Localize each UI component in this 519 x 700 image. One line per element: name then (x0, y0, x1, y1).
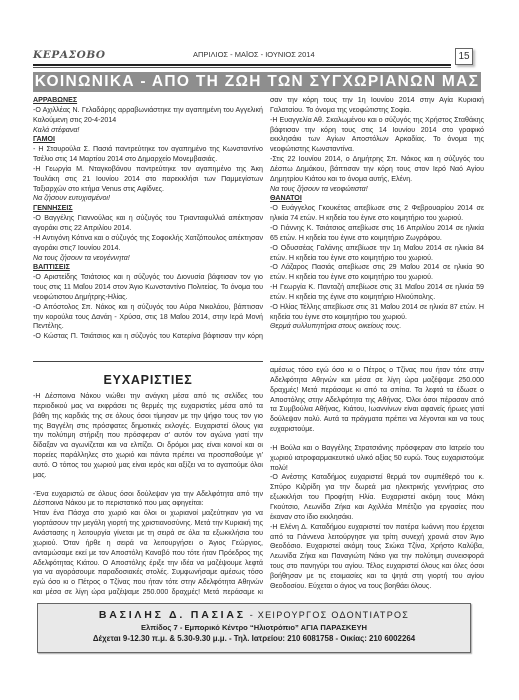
section-divider-left (33, 361, 263, 362)
ad-address: Ελπίδος 7 - Εμπορικό Κέντρο “Ηλιοτρόπιο”… (38, 623, 470, 632)
news-item: -Ο Αχιλλέας Ν. Γελαδάρης αρραβωνιάστηκε … (33, 106, 263, 126)
news-item: -Η Γεωργία Μ. Νταγκοβάνου παντρεύτηκε το… (33, 165, 263, 195)
issue-date: ΑΠΡΙΛΙΟΣ - ΜΑΪΟΣ - ΙΟΥΝΙΟΣ 2014 (193, 50, 315, 59)
ad-hours-phones: Δέχεται 9-12.30 π.μ. & 5.30-9.30 μ.μ. - … (38, 634, 470, 643)
news-item: - Η Σταυρούλα Σ. Πασιά παντρεύτηκε τον α… (33, 145, 263, 165)
deaths-heading: ΘΑΝΑΤΟΙ (270, 194, 484, 204)
wish-text: Καλά στέφανα! (33, 126, 263, 136)
news-item: -Η Γεωργία Κ. Πανταζή απεβίωσε στις 31 Μ… (270, 283, 484, 303)
baptisms-heading: ΒΑΠΤΙΣΕΙΣ (33, 263, 263, 273)
news-item: -Ο Ευάγγελος Γκουκέτας απεβίωσε στις 2 Φ… (270, 204, 484, 224)
dentist-advertisement: ΒΑΣΙΛΗΣ Δ. ΠΑΣΙΑΣ - ΧΕΙΡΟΥΡΓΟΣ ΟΔΟΝΤΙΑΤΡ… (37, 603, 471, 653)
wish-text: Να τους ζήσουν τα νεογέννητα! (33, 254, 263, 264)
thanks-paragraph-continued: αμέσως τόσο εγώ όσο κι ο Πέτρος ο Τζίνας… (270, 366, 484, 435)
header-rule-thin (33, 67, 451, 68)
running-header: ΚΕΡΑΣΟΒΟ ΑΠΡΙΛΙΟΣ - ΜΑΪΟΣ - ΙΟΥΝΙΟΣ 2014 (33, 49, 451, 65)
news-item: -Ο Ηλίας Τέλλης απεβίωσε στις 31 Μαΐου 2… (270, 303, 484, 323)
engagements-heading: ΑΡΡΑΒΩΝΕΣ (33, 96, 263, 106)
news-item-continued: σαν την κόρη τους την 1η Ιουνίου 2014 στ… (270, 96, 484, 116)
news-item: -Η Ευαγγελία Αθ. Σκαλωμένου και ο σύζυγό… (270, 116, 484, 155)
weddings-heading: ΓΑΜΟΙ (33, 135, 263, 145)
thanks-column-left: -Η Δέσποινα Νάκου νιώθει την ανάγκη μέσα… (33, 392, 263, 598)
news-item: -Η Αντιγόνη Κότινα και ο σύζυγός της Σοφ… (33, 234, 263, 254)
ad-profession: - ΧΕΙΡΟΥΡΓΟΣ ΟΔΟΝΤΙΑΤΡΟΣ (246, 610, 409, 620)
news-item: -Ο Απόστολος Σπ. Νάκος και η σύζυγός του… (33, 303, 263, 333)
thanks-paragraph: -Ένα ευχαριστώ σε όλους όσοι δούλεψαν γι… (33, 490, 263, 510)
thanks-paragraph: Ήταν ένα Πάσχα στο χωριό και όλοι οι χωρ… (33, 509, 263, 598)
thanks-column-right: αμέσως τόσο εγώ όσο κι ο Πέτρος ο Τζίνας… (270, 366, 484, 592)
ad-name: ΒΑΣΙΛΗΣ Δ. ΠΑΣΙΑΣ (99, 609, 246, 621)
news-item: -Ο Βαγγέλης Γιαννούλας και η σύζυγός του… (33, 214, 263, 234)
wish-text: Θερμά συλλυπητήρια στους οικείους τους. (270, 322, 484, 332)
wish-text: Να τους ζήσουν τα νεοφώτιστα! (270, 185, 484, 195)
news-item: -Ο Λάζαρος Πασιάς απεβίωσε στις 29 Μαΐου… (270, 263, 484, 283)
social-column-left: ΑΡΡΑΒΩΝΕΣ -Ο Αχιλλέας Ν. Γελαδάρης αρραβ… (33, 96, 263, 342)
section-divider-right (270, 361, 484, 362)
thanks-paragraph: -Η Βούλα και ο Βαγγέλης Στρατσιάνης πρόσ… (270, 444, 484, 474)
header-rule (33, 64, 451, 66)
births-heading: ΓΕΝΝΗΣΕΙΣ (33, 204, 263, 214)
thanks-paragraph: -Ο Ανέστης Καταδήμος ευχαριστεί θερμά το… (270, 473, 484, 522)
thanks-title: ΕΥΧΑΡΙΣΤΙΕΣ (33, 373, 263, 387)
section-banner: ΚΟΙΝΩΝΙΚΑ - ΑΠΟ ΤΗ ΖΩΗ ΤΩΝ ΣΥΓΧΩΡΙΑΝΩΝ Μ… (33, 72, 481, 92)
wish-text: Να ζήσουν ευτυχισμένοι! (33, 194, 263, 204)
news-item: -Στις 22 Ιουνίου 2014, ο Δημήτρης Σπ. Νά… (270, 155, 484, 185)
page-number: 15 (455, 48, 473, 65)
ad-heading: ΒΑΣΙΛΗΣ Δ. ΠΑΣΙΑΣ - ΧΕΙΡΟΥΡΓΟΣ ΟΔΟΝΤΙΑΤΡ… (38, 609, 470, 621)
thanks-paragraph: -Η Δέσποινα Νάκου νιώθει την ανάγκη μέσα… (33, 392, 263, 481)
thanks-paragraph: -Η Ελένη Δ. Καταδήμου ευχαριστεί τον πατ… (270, 523, 484, 592)
magazine-logo: ΚΕΡΑΣΟΒΟ (33, 49, 106, 61)
social-column-right: σαν την κόρη τους την 1η Ιουνίου 2014 στ… (270, 96, 484, 332)
news-item: -Ο Οδυσσέας Γαλάνης απεβίωσε την 1η Μαΐο… (270, 244, 484, 264)
news-item: -Ο Αριστείδης Τσιάτσιος και η σύζυγός το… (33, 273, 263, 303)
news-item: -Ο Κώστας Π. Τσιάτσιος και η σύζυγός του… (33, 332, 263, 342)
news-item: -Ο Γιάννης Κ. Τσιάτσιος απεβίωσε στις 16… (270, 224, 484, 244)
